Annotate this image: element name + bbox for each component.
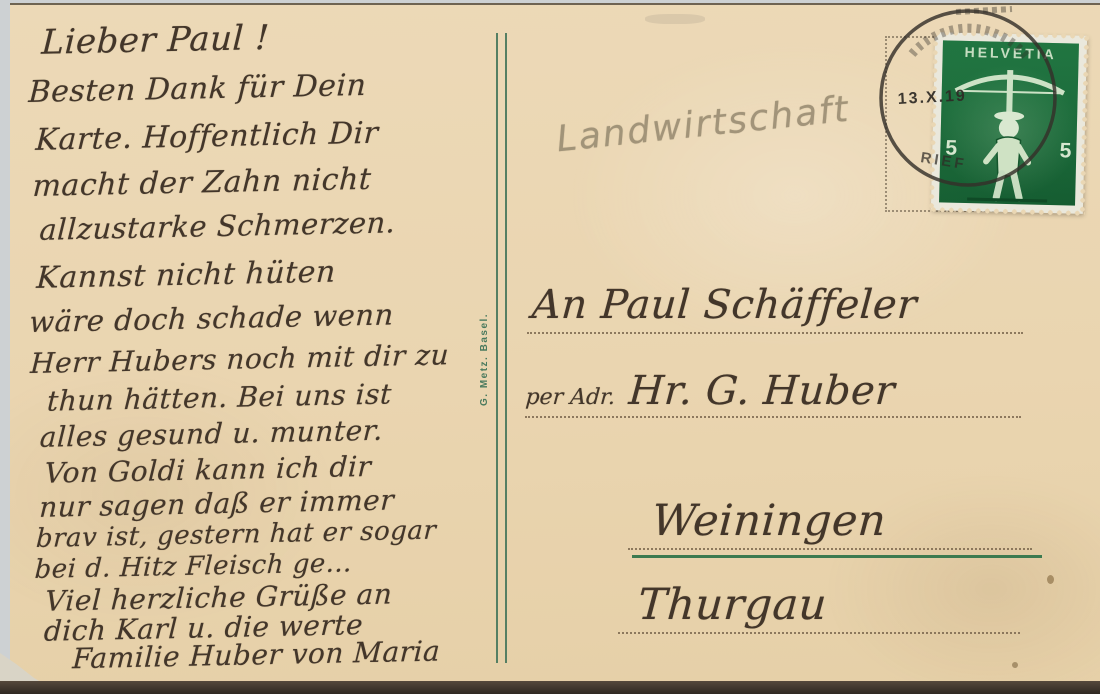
postmark-partial-letters: RIEF xyxy=(919,149,967,173)
address-dotted-line-4 xyxy=(618,632,1020,634)
publisher-imprint: G. Metz. Basel. xyxy=(479,296,490,406)
paper-speck xyxy=(1047,575,1054,584)
address-care-of-prefix: per Adr. xyxy=(525,385,616,410)
postmark-smudged-arc xyxy=(912,28,1026,56)
message-line: Besten Dank für Dein xyxy=(28,68,368,110)
address-town: Weiningen xyxy=(650,496,888,546)
message-line: macht der Zahn nicht xyxy=(32,162,373,204)
divider-line xyxy=(496,33,507,663)
message-line: Von Goldi kann ich dir xyxy=(44,450,372,490)
message-line: Familie Huber von Maria xyxy=(72,634,441,675)
message-line: alles gesund u. munter. xyxy=(39,414,384,454)
message-line: Lieber Paul ! xyxy=(41,18,271,63)
message-line: wäre doch schade wenn xyxy=(29,297,395,339)
message-line: allzustarke Schmerzen. xyxy=(39,205,397,246)
address-region: Thurgau xyxy=(636,580,828,630)
address-recipient: An Paul Schäffeler xyxy=(530,282,918,328)
message-line: Herr Hubers noch mit dir zu xyxy=(29,338,449,380)
address-care-of: per Adr. Hr. G. Huber xyxy=(524,368,896,414)
message-line: thun hätten. Bei uns ist xyxy=(46,377,392,417)
message-block: Lieber Paul ! Besten Dank für Dein Karte… xyxy=(23,7,517,687)
paper-smudge xyxy=(645,14,705,24)
message-line: Karte. Hoffentlich Dir xyxy=(35,116,380,158)
address-dotted-line-1 xyxy=(527,332,1023,334)
postmark-date: 13.X.19 xyxy=(897,87,967,108)
address-green-underline xyxy=(632,555,1042,558)
paper-speck xyxy=(1012,662,1018,668)
address-dotted-line-2 xyxy=(525,416,1021,418)
postcard-scan: Lieber Paul ! Besten Dank für Dein Karte… xyxy=(0,0,1100,694)
message-line: Kannst nicht hüten xyxy=(36,255,337,296)
postmark: 13.X.19 RIEF xyxy=(862,0,1076,202)
address-dotted-line-3 xyxy=(628,548,1032,550)
address-care-of-name: Hr. G. Huber xyxy=(627,368,896,414)
